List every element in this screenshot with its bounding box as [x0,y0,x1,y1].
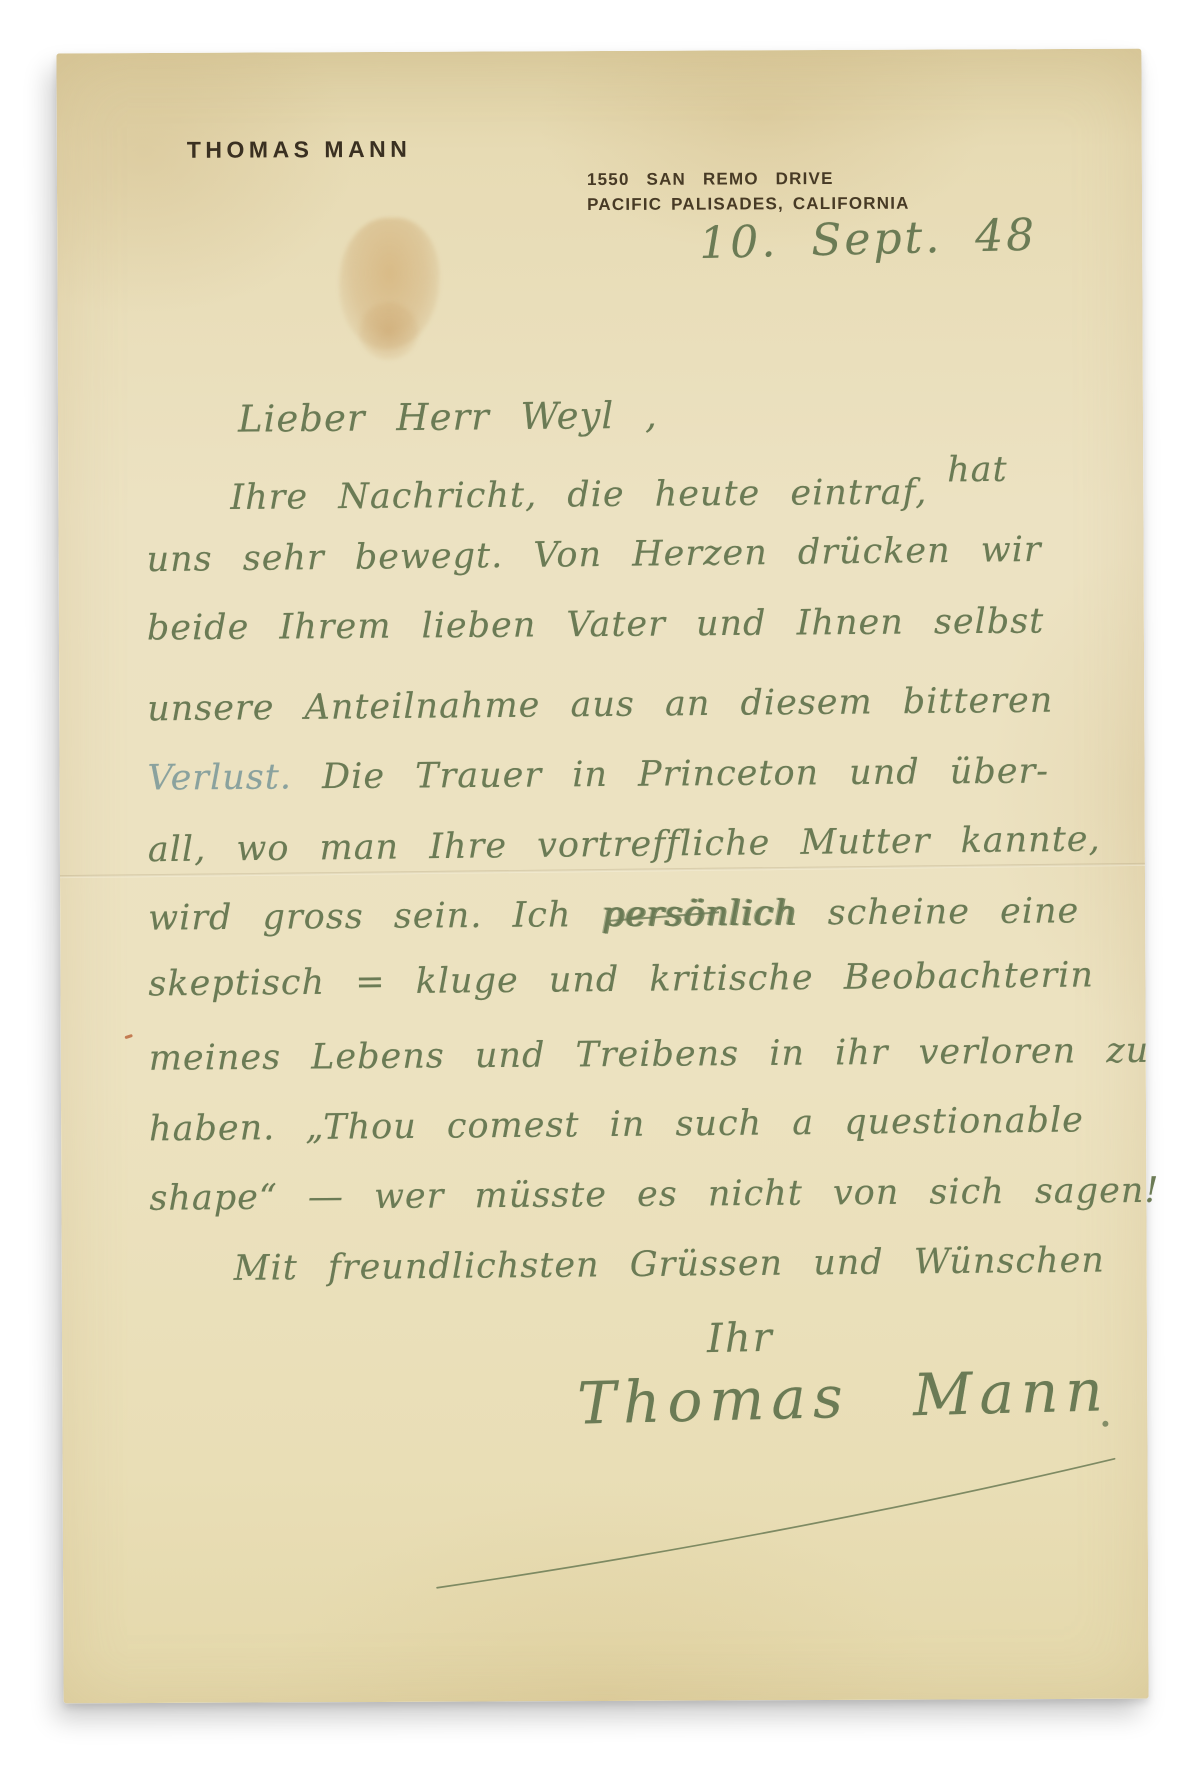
paper-stain-lobe [357,302,419,360]
photo-background: THOMAS MANN 1550 SAN REMO DRIVE PACIFIC … [0,0,1200,1769]
letterhead-address: 1550 SAN REMO DRIVE PACIFIC PALISADES, C… [587,166,910,217]
signature-text: Thomas Mann [577,1356,1111,1437]
body-line-6-rest: Die Trauer in Princeton und über- [322,751,1049,797]
letterhead-name: THOMAS MANN [187,136,412,164]
body-line-8-post: scheine eine [828,891,1080,933]
body-line-2-inserted-word: hat [947,450,1008,490]
body-line-10: meines Lebens und Treibens in ihr verlor… [149,1031,1150,1089]
letterhead-address-line1: 1550 SAN REMO DRIVE [587,166,910,192]
body-line-7: all, wo man Ihre vortreffliche Mutter ka… [148,820,1101,881]
valediction: Ihr [707,1315,775,1362]
red-speck [124,1034,133,1039]
body-line-5: unsere Anteilnahme aus an diesem bittere… [147,681,1053,740]
body-line-3: uns sehr bewegt. Von Herzen drücken wir [146,530,1042,590]
body-line-8-overwritten-word: persönlich [601,894,797,936]
body-line-8-pre: wird gross sein. Ich [148,895,572,938]
handwritten-date: 10. Sept. 48 [699,210,1038,270]
body-line-4: beide Ihrem lieben Vater und Ihnen selbs… [147,602,1045,659]
body-line-6: Verlust. Die Trauer in Princeton und übe… [147,751,1049,808]
body-line-8: wird gross sein. Ich persönlich scheine … [148,891,1079,948]
body-line-2: Ihre Nachricht, die heute eintraf,hat [230,472,1008,528]
body-line-6-faded-word: Verlust. [147,757,292,798]
signature-flourish [431,1447,1122,1595]
body-line-12: shape“ — wer müsste es nicht von sich sa… [149,1171,1159,1229]
body-line-11: haben. „Thou comest in such a questionab… [149,1100,1084,1159]
signature-period [1102,1421,1108,1427]
salutation-line: Lieber Herr Weyl , [238,394,658,448]
closing-line: Mit freundlichsten Grüssen und Wünschen [233,1241,1105,1299]
body-line-2-main: Ihre Nachricht, die heute eintraf, [230,473,927,518]
letter-paper: THOMAS MANN 1550 SAN REMO DRIVE PACIFIC … [56,49,1148,1704]
body-line-9: skeptisch = kluge und kritische Beobacht… [148,955,1094,1014]
